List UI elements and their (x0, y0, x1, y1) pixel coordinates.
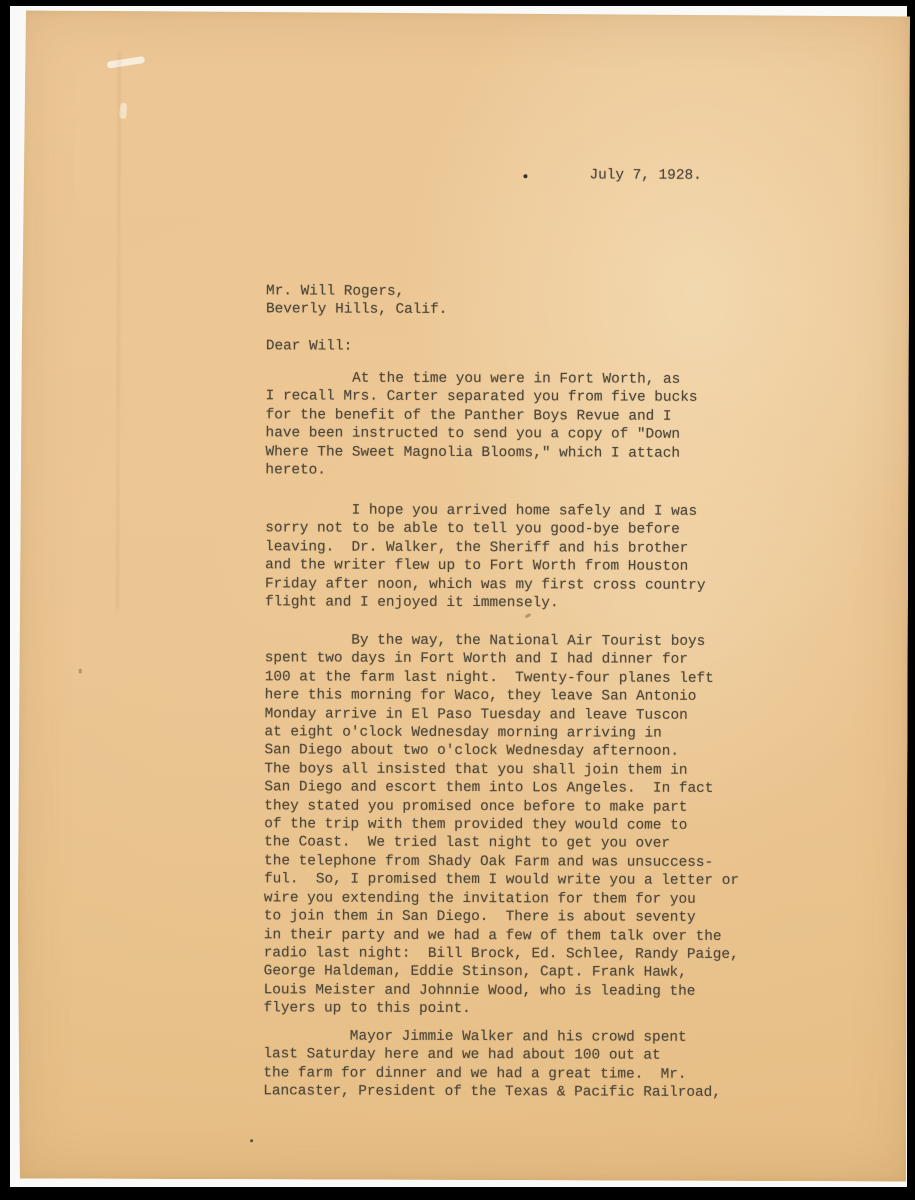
ink-smudge (79, 669, 82, 674)
letter-paragraph: I hope you arrived home safely and I was… (265, 501, 706, 613)
letter-paragraph: By the way, the National Air Tourist boy… (264, 631, 740, 1019)
paper-scratch-mark (107, 56, 146, 69)
letter-paper: July 7, 1928. Mr. Will Rogers, Beverly H… (17, 10, 910, 1181)
scan-matte-background: July 7, 1928. Mr. Will Rogers, Beverly H… (10, 6, 907, 1187)
ink-speck (250, 1139, 253, 1142)
letter-recipient-address: Mr. Will Rogers, Beverly Hills, Calif. (266, 282, 447, 319)
paper-crease (116, 51, 121, 611)
scanned-letter-page: July 7, 1928. Mr. Will Rogers, Beverly H… (0, 0, 915, 1200)
letter-salutation: Dear Will: (266, 337, 352, 356)
ink-smudge (525, 613, 532, 619)
letter-date: July 7, 1928. (589, 166, 701, 185)
ink-speck (523, 174, 527, 178)
letter-paragraph: Mayor Jimmie Walker and his crowd spent … (263, 1027, 721, 1102)
letter-paragraph: At the time you were in Fort Worth, as I… (265, 369, 697, 481)
